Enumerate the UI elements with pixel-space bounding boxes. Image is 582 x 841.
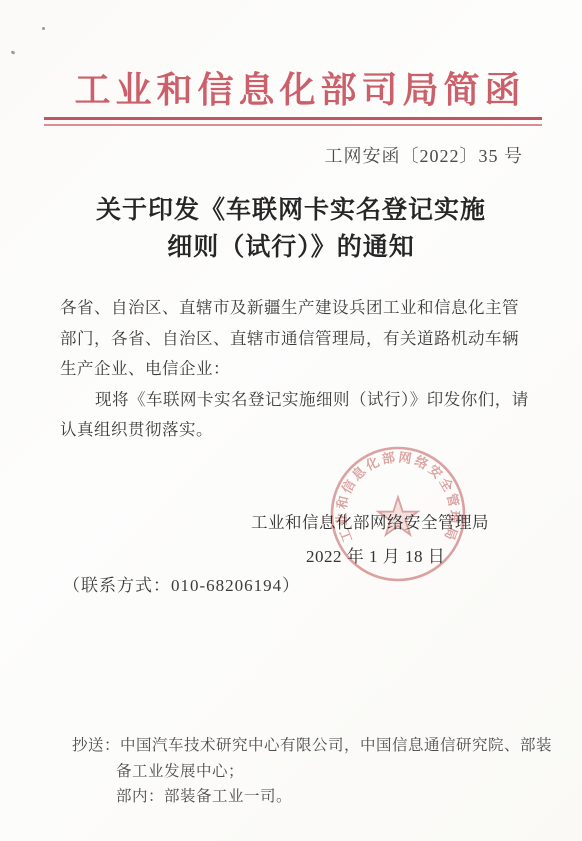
contact-phone: （联系方式：010-68206194） [63,571,300,596]
cc-line-1: 抄送：中国汽车技术研究中心有限公司，中国信息通信研究院、部装 [72,733,552,755]
document-number: 工网安函〔2022〕35 号 [325,142,524,168]
signature-agency: 工业和信息化部网络安全管理局 [251,509,489,533]
scanned-letter-page: 工业和信息化部司局简函 工网安函〔2022〕35 号 关于印发《车联网卡实名登记… [0,0,582,841]
scan-speck [11,50,16,55]
letterhead-double-rule [44,117,542,126]
notice-title-line-1: 关于印发《车联网卡实名登记实施 [0,192,582,229]
body-line: 认真组织贯彻落实。 [60,415,530,446]
cc-line-2: 备工业发展中心； [116,759,244,781]
notice-title-line-2: 细则（试行）》的通知 [0,229,582,266]
body-line: 生产企业、电信企业： [60,354,530,385]
notice-title: 关于印发《车联网卡实名登记实施 细则（试行）》的通知 [0,192,582,266]
cc-internal-line: 部内：部装备工业一司。 [116,784,292,806]
signature-date: 2022 年 1 月 18 日 [306,542,445,567]
body-line: 现将《车联网卡实名登记实施细则（试行）》印发你们，请 [60,385,530,416]
body-line: 各省、自治区、直辖市及新疆生产建设兵团工业和信息化主管 [60,293,530,324]
letterhead-title: 工业和信息化部司局简函 [9,62,582,113]
scan-speck [42,27,45,30]
body-line: 部门，各省、自治区、直辖市通信管理局，有关道路机动车辆 [60,324,530,355]
letter-body: 各省、自治区、直辖市及新疆生产建设兵团工业和信息化主管 部门，各省、自治区、直辖… [60,293,530,446]
